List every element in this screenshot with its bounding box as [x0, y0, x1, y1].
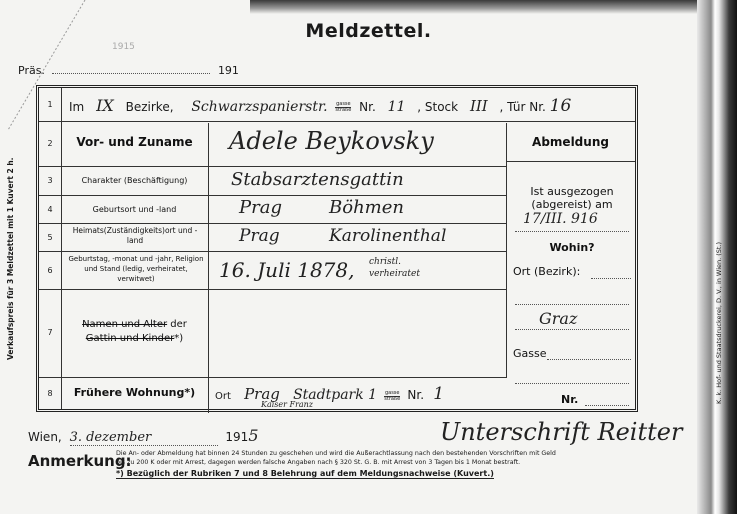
document-title: Meldzettel. — [0, 20, 737, 42]
note-line-1: Die An- oder Abmeldung hat binnen 24 Stu… — [116, 449, 556, 458]
previous-street-value-2: Kaiser Franz — [261, 400, 313, 409]
praes-dots — [52, 73, 210, 74]
stock-label: , Stock — [417, 100, 458, 114]
row-number: 1 — [39, 100, 61, 109]
domicile-city-value: Prag — [239, 226, 280, 246]
previous-nr-value: 1 — [433, 384, 444, 404]
abmeldung-section: Ist ausgezogen (abgereist) am 17/III. 91… — [509, 129, 635, 409]
row-address: 1 Im IX Bezirke, Schwarzspanierstr. gass… — [39, 88, 635, 122]
family-label-struck-1: Namen und Alter — [82, 319, 167, 330]
previous-address-line: Ort Prag Stadtpark 1 gassestraße Nr. 1 — [215, 384, 444, 404]
gasse-dots-2 — [515, 383, 629, 384]
moved-date-dots — [515, 231, 629, 232]
nr-label: Nr. — [359, 100, 376, 114]
house-number-value: 11 — [388, 99, 406, 115]
abm-nr-label: Nr. — [561, 393, 578, 406]
note-line-3: *) Bezüglich der Rubriken 7 und 8 Belehr… — [116, 469, 494, 479]
year-value: 5 — [248, 426, 258, 445]
tuer-label: , Tür Nr. — [500, 100, 546, 114]
stock-value: III — [470, 97, 488, 115]
gasse-strasse-fraction: gassestraße — [335, 102, 351, 113]
row-birthplace: 4 Geburtsort und -land Prag Böhmen — [39, 196, 506, 224]
birthplace-label: Geburtsort und -land — [61, 205, 208, 214]
ort-bezirk-label: Ort (Bezirk): — [513, 265, 580, 278]
previous-address-label: Frühere Wohnung*) — [61, 386, 208, 399]
row-number: 2 — [39, 139, 61, 148]
row-number: 7 — [39, 328, 61, 337]
im-label: Im — [69, 100, 84, 114]
strasse-text: straße — [384, 397, 400, 402]
gasse-label: Gasse — [513, 347, 547, 360]
family-label-struck-2: Gattin und Kinder — [86, 333, 175, 344]
side-price-text: Verkaufspreis für 3 Meldzettel mit 1 Kuv… — [6, 157, 15, 360]
wien-label: Wien, — [28, 430, 62, 444]
gasse-strasse-fraction: gassestraße — [384, 391, 400, 402]
family-label: Namen und Alter der Gattin und Kinder*) — [61, 318, 208, 346]
ort-dots-2 — [515, 304, 629, 305]
bezirk-value: IX — [96, 96, 114, 115]
destination-value: Graz — [539, 309, 577, 328]
birthdate-label: Geburtstag, -monat und -jahr, Religion u… — [65, 254, 207, 284]
anmerkung-text: Die An- oder Abmeldung hat binnen 24 Stu… — [116, 449, 556, 479]
side-printer-text: K. k. Hof- und Staatsdruckerei, D. V., i… — [715, 242, 723, 404]
gasse-dots — [547, 359, 631, 360]
row-previous-address: 8 Frühere Wohnung*) Ort Prag Stadtpark 1… — [39, 378, 506, 410]
domicile-label: Heimats(Zuständigkeits)ort und -land — [69, 226, 201, 246]
birthplace-city-value: Prag — [239, 197, 282, 218]
family-label-rest-1: der — [167, 319, 187, 330]
domicile-land-value: Karolinenthal — [329, 226, 446, 246]
name-label: Vor- und Zuname — [61, 135, 208, 149]
bezirke-label: Bezirke, — [126, 100, 174, 114]
praes-line: Präs. 191 — [18, 64, 239, 77]
address-line: Im IX Bezirke, Schwarzspanierstr. gasses… — [69, 96, 571, 116]
row-number: 6 — [39, 266, 61, 275]
row-domicile: 5 Heimats(Zuständigkeits)ort und -land P… — [39, 224, 506, 252]
religion-status-value: christl. verheiratet — [369, 256, 449, 280]
row-birthdate: 6 Geburtstag, -monat und -jahr, Religion… — [39, 252, 506, 290]
praes-year: 191 — [218, 64, 239, 77]
date-value: 3. dezember — [70, 430, 218, 446]
ort-dots-3 — [515, 329, 629, 330]
row-name: 2 Vor- und Zuname Adele Beykovsky — [39, 123, 506, 167]
moved-out-label: Ist ausgezogen (abgereist) am — [509, 185, 635, 211]
year-prefix: 191 — [225, 430, 248, 444]
registration-form: 1 Im IX Bezirke, Schwarzspanierstr. gass… — [36, 85, 638, 412]
occupation-label: Charakter (Beschäftigung) — [61, 176, 208, 185]
occupation-value: Stabsarztensgattin — [231, 169, 404, 190]
place-date-line: Wien, 3. dezember 1915 — [28, 426, 259, 446]
moved-out-date-value: 17/III. 916 — [523, 211, 598, 227]
nr-label: Nr. — [407, 388, 424, 402]
row-occupation: 3 Charakter (Beschäftigung) Stabsarztens… — [39, 167, 506, 196]
name-value: Adele Beykovsky — [229, 127, 434, 155]
ort-dots — [591, 278, 631, 279]
wohin-label: Wohin? — [509, 241, 635, 254]
scan-shadow-top — [250, 0, 737, 14]
strasse-text: straße — [335, 108, 351, 113]
street-value: Schwarzspanierstr. — [191, 99, 327, 115]
birthplace-land-value: Böhmen — [329, 197, 404, 218]
birthdate-value: 16. Juli 1878, — [219, 258, 354, 282]
ort-label: Ort — [215, 391, 231, 402]
row-number: 8 — [39, 389, 61, 398]
abm-nr-dots — [585, 405, 629, 406]
praes-label: Präs. — [18, 64, 45, 77]
row-family: 7 Namen und Alter der Gattin und Kinder*… — [39, 290, 506, 378]
row-number: 5 — [39, 233, 61, 242]
family-label-rest-2: *) — [174, 333, 183, 344]
faint-stamp: 1915 — [112, 42, 135, 52]
row-number: 4 — [39, 205, 61, 214]
tuer-value: 16 — [550, 96, 572, 116]
signature: Unterschrift Reitter — [440, 418, 682, 446]
row-number: 3 — [39, 176, 61, 185]
note-line-2: bis zu 200 K oder mit Arrest, dagegen we… — [116, 458, 556, 467]
